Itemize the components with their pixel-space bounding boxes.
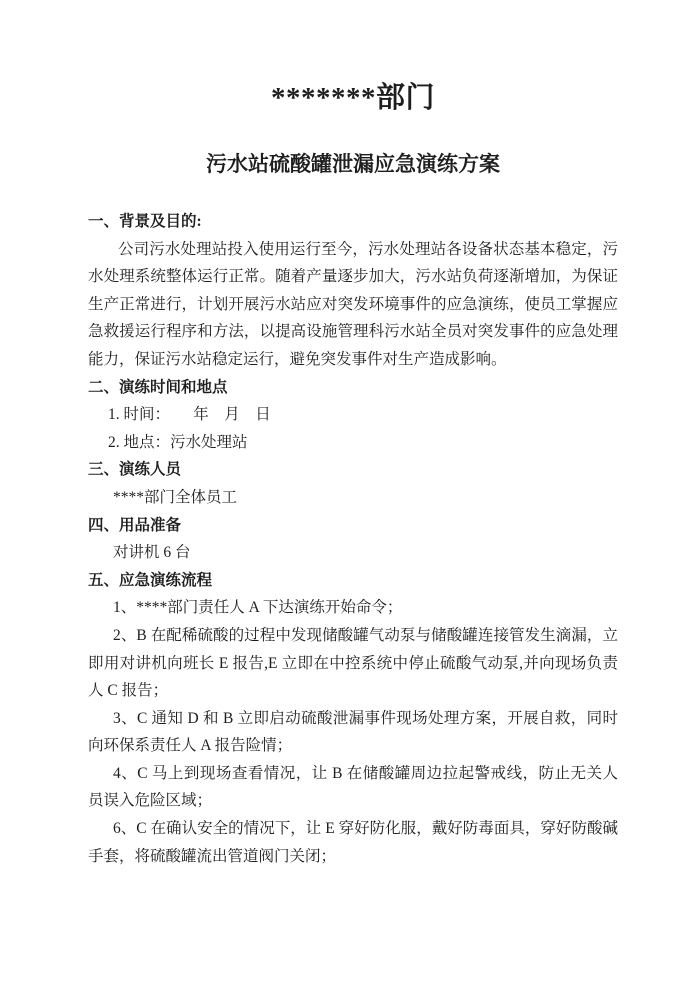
- section-5-step-1: 1、****部门责任人 A 下达演练开始命令；: [88, 594, 618, 622]
- doc-title: *******部门: [88, 80, 618, 116]
- section-5-step-2: 2、B 在配稀硫酸的过程中发现储酸罐气动泵与储酸罐连接管发生滴漏，立即用对讲机向…: [88, 622, 618, 705]
- section-5-step-3: 3、C 通知 D 和 B 立即启动硫酸泄漏事件现场处理方案，开展自救，同时向环保…: [88, 705, 618, 760]
- section-1-heading: 一、背景及目的:: [88, 208, 618, 236]
- document-page: *******部门 污水站硫酸罐泄漏应急演练方案 一、背景及目的: 公司污水处理…: [0, 0, 700, 990]
- section-2-heading: 二、演练时间和地点: [88, 374, 618, 402]
- section-4-body: 对讲机 6 台: [88, 539, 618, 567]
- section-2-place-item: 2. 地点：污水处理站: [88, 429, 618, 457]
- section-5-step-4: 4、C 马上到现场查看情况，让 B 在储酸罐周边拉起警戒线，防止无关人员误入危险…: [88, 760, 618, 815]
- section-4-heading: 四、用品准备: [88, 512, 618, 540]
- document-body: *******部门 污水站硫酸罐泄漏应急演练方案 一、背景及目的: 公司污水处理…: [0, 0, 700, 870]
- section-5-heading: 五、应急演练流程: [88, 567, 618, 595]
- section-1-paragraph: 公司污水处理站投入使用运行至今，污水处理站各设备状态基本稳定，污水处理系统整体运…: [88, 236, 618, 374]
- section-3-heading: 三、演练人员: [88, 456, 618, 484]
- doc-subtitle: 污水站硫酸罐泄漏应急演练方案: [88, 148, 618, 180]
- section-2-time-item: 1. 时间： 年 月 日: [88, 401, 618, 429]
- section-5-step-6: 6、C 在确认安全的情况下，让 E 穿好防化服，戴好防毒面具，穿好防酸碱手套，将…: [88, 815, 618, 870]
- section-3-body: ****部门全体员工: [88, 484, 618, 512]
